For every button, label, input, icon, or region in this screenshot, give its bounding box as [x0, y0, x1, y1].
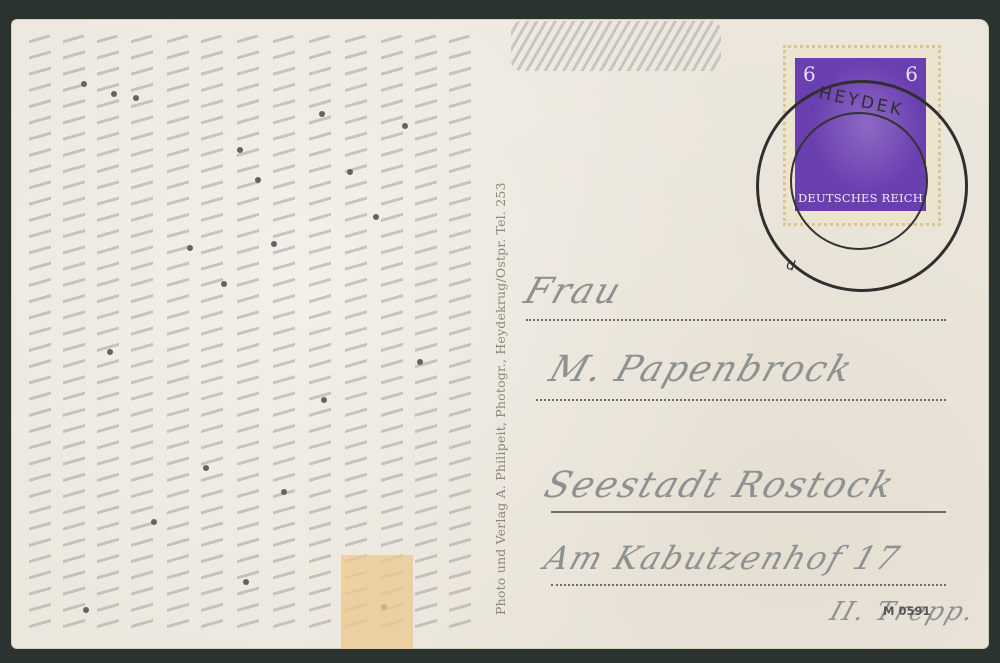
script-column	[415, 32, 437, 634]
script-column	[167, 32, 189, 634]
ink-dot	[187, 245, 193, 251]
address-city: Seestadt Rostock	[539, 465, 900, 506]
address-salutation: Frau	[519, 271, 627, 312]
top-handwriting	[511, 21, 721, 71]
postmark-inner-ring	[790, 112, 928, 250]
address-rule-2	[536, 399, 946, 401]
ink-dot	[107, 349, 113, 355]
address-rule-4	[551, 584, 946, 586]
address-street: Am Kabutzenhof 17	[540, 539, 906, 577]
address-recipient: M. Papenbrock	[544, 349, 859, 390]
ink-dot	[417, 359, 423, 365]
ink-dot	[319, 111, 325, 117]
publisher-imprint: Photo und Verlag A. Philipeit, Photogr.,…	[493, 182, 508, 615]
ink-dot	[133, 95, 139, 101]
stamp-value-left: 6	[803, 62, 816, 86]
ink-dot	[203, 465, 209, 471]
ink-dot	[81, 81, 87, 87]
script-column	[309, 32, 331, 634]
ink-dot	[271, 241, 277, 247]
ink-dot	[151, 519, 157, 525]
ink-dot	[221, 281, 227, 287]
script-column	[97, 32, 119, 634]
script-column	[449, 32, 471, 634]
ink-dot	[402, 123, 408, 129]
ink-dot	[347, 169, 353, 175]
catalog-number: M 0591	[883, 604, 930, 618]
ink-dot	[237, 147, 243, 153]
ink-dot	[281, 489, 287, 495]
script-column	[345, 32, 367, 634]
adhesive-tape-remnant	[341, 555, 413, 649]
ink-dot	[321, 397, 327, 403]
address-rule-1	[526, 319, 946, 321]
script-column	[237, 32, 259, 634]
ink-dot	[83, 607, 89, 613]
ink-dot	[111, 91, 117, 97]
address-rule-3	[551, 511, 946, 513]
stamp-value-right: 6	[905, 62, 918, 86]
script-column	[273, 32, 295, 634]
ink-dot	[373, 214, 379, 220]
script-column	[29, 32, 51, 634]
ink-dot	[243, 579, 249, 585]
script-column	[201, 32, 223, 634]
script-column	[131, 32, 153, 634]
script-column	[63, 32, 85, 634]
script-column	[381, 32, 403, 634]
ink-dot	[255, 177, 261, 183]
